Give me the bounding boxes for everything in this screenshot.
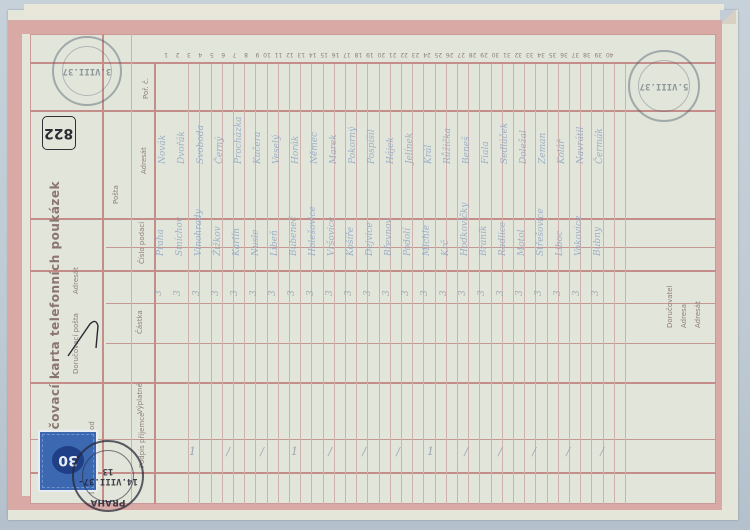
row-number: 35 — [549, 51, 557, 58]
rule-column — [625, 64, 626, 504]
rule-column — [278, 64, 279, 504]
fee-checkmark: / — [498, 445, 502, 458]
rule-column — [289, 64, 290, 504]
rule-column — [334, 64, 335, 504]
handwritten-addressee: Navrátil — [576, 127, 586, 164]
rule-column — [188, 64, 189, 504]
rule-column — [211, 64, 212, 504]
handwritten-addressee: Král — [424, 145, 434, 164]
handwritten-addressee: Horák — [291, 136, 301, 164]
paper-top-edge — [24, 4, 724, 16]
row-number: 32 — [515, 51, 523, 58]
handwritten-amount: 3 — [154, 290, 164, 296]
row-number: 2 — [176, 51, 180, 58]
row-number: 5 — [210, 51, 214, 58]
postmark-city: PRAHA — [74, 497, 142, 507]
handwritten-addressee: Kolář — [557, 140, 567, 164]
row-number: 21 — [389, 51, 397, 58]
handwritten-address: Bubny — [593, 227, 603, 256]
rule-column — [535, 64, 536, 504]
handwritten-amount: 3 — [249, 290, 259, 296]
handwritten-address: Vinohrady — [194, 209, 204, 256]
handwritten-address: Holešovice — [308, 206, 318, 256]
handwritten-amount: 3 — [268, 290, 278, 296]
handwritten-amount: 3 — [401, 290, 411, 296]
handwritten-addressee: Svoboda — [196, 125, 206, 164]
col-header-castka: Částka — [136, 310, 144, 334]
handwritten-address: Vokovice — [574, 216, 584, 256]
rule-column — [345, 64, 346, 504]
rule-left-block — [102, 34, 104, 504]
handwritten-amount: 3 — [382, 290, 392, 296]
rule-column — [255, 64, 256, 504]
row-number: 10 — [263, 51, 271, 58]
handwritten-addressee: Doležal — [519, 130, 529, 164]
fee-checkmark: / — [396, 445, 400, 458]
handwritten-address: Krč — [441, 240, 451, 256]
rule-column — [244, 64, 245, 504]
handwritten-addressee: Růžička — [443, 128, 453, 164]
field-label-adresat: Adresát — [72, 267, 80, 294]
handwritten-addressee: Fiala — [481, 141, 491, 164]
col-header-adresat: Adresát — [140, 147, 148, 174]
handwritten-addressee: Němec — [310, 132, 320, 164]
right-label-dorucovatel: Doručovatel — [666, 285, 674, 328]
rule-column — [491, 64, 492, 504]
handwritten-addressee: Marek — [329, 134, 339, 164]
row-number: 22 — [400, 51, 408, 58]
rule-column — [614, 64, 615, 504]
rule-column — [267, 64, 268, 504]
handwritten-address: Libeň — [270, 230, 280, 256]
fee-checkmark: / — [566, 445, 570, 458]
rule-column — [547, 64, 548, 504]
fee-checkmark: / — [600, 445, 604, 458]
handwritten-address: Břevnov — [384, 218, 394, 256]
handwritten-amount: 3 — [515, 290, 525, 296]
rule-col-label — [131, 34, 132, 504]
handwritten-address: Podolí — [403, 228, 413, 256]
rule-col-header — [154, 64, 156, 504]
handwritten-address: Košíře — [346, 227, 356, 256]
row-number: 33 — [526, 51, 534, 58]
row-number: 8 — [244, 51, 248, 58]
handwritten-amount: 3 — [477, 290, 487, 296]
handwritten-addressee: Sedláček — [500, 123, 510, 164]
right-label-adresa: Adresa — [680, 304, 688, 328]
handwritten-amount: 3 — [306, 290, 316, 296]
fee-checkmark: / — [532, 445, 536, 458]
row-number: 6 — [221, 51, 225, 58]
handwritten-addressee: Pospíšil — [367, 129, 377, 164]
handwritten-amount: 3 — [534, 290, 544, 296]
fee-checkmark: / — [464, 445, 468, 458]
rule-column — [435, 64, 436, 504]
postmark-date: 14.VIII.37-13 — [74, 466, 142, 486]
pen-mark — [66, 318, 102, 358]
handwritten-addressee: Hájek — [386, 137, 396, 164]
row-number: 36 — [560, 51, 568, 58]
handwritten-amount: 3 — [344, 290, 354, 296]
handwritten-address: Karlín — [232, 228, 242, 256]
handwritten-addressee: Černý — [215, 137, 225, 164]
row-number: 26 — [446, 51, 454, 58]
fee-checkmark: / — [362, 445, 366, 458]
handwritten-address: Bubeneč — [289, 216, 299, 256]
handwritten-amount: 3 — [553, 290, 563, 296]
handwritten-amount: 3 — [458, 290, 468, 296]
rule-column — [513, 64, 514, 504]
row-number: 11 — [275, 51, 283, 58]
handwritten-addressee: Beneš — [462, 136, 472, 164]
field-label-posta: Pošta — [112, 185, 120, 204]
handwritten-amount: 3 — [572, 290, 582, 296]
handwritten-amount: 3 — [591, 290, 601, 296]
handwritten-addressee: Dvořák — [177, 131, 187, 164]
rule-column — [558, 64, 559, 504]
right-label-adresat: Adresát — [694, 301, 702, 328]
row-number: 1 — [164, 51, 168, 58]
row-number: 38 — [583, 51, 591, 58]
row-number: 7 — [233, 51, 237, 58]
rule-column — [401, 64, 402, 504]
handwritten-address: Žižkov — [213, 226, 223, 256]
handwritten-addressee: Pokorný — [348, 127, 358, 164]
delivery-card-form: Doručovací karta telefonních poukázek Ad… — [30, 34, 716, 504]
handwritten-amount: 3 — [325, 290, 335, 296]
handwritten-address: Braník — [479, 226, 489, 256]
handwritten-address: Hodkovičky — [460, 203, 470, 256]
handwritten-amount: 3 — [363, 290, 373, 296]
row-number: 23 — [412, 51, 420, 58]
handwritten-addressee: Zeman — [538, 133, 548, 164]
row-number: 18 — [355, 51, 363, 58]
row-number: 37 — [572, 51, 580, 58]
postmark-date: 5.VIII.37 — [630, 81, 698, 91]
row-number: 17 — [343, 51, 351, 58]
fee-checkmark: / — [328, 445, 332, 458]
handwritten-amount: 3 — [211, 290, 221, 296]
col-header-vyplatne: Výplatné — [136, 383, 144, 414]
postmark-bottom-left: 14.VIII.37-13 PRAHA — [72, 440, 144, 512]
col-header-poradove: Poř. č. — [142, 78, 150, 99]
rule-column — [591, 64, 592, 504]
rule-column — [323, 64, 324, 504]
row-number: 29 — [480, 51, 488, 58]
rule-column — [412, 64, 413, 504]
row-number: 34 — [537, 51, 545, 58]
row-number: 40 — [606, 51, 614, 58]
handwritten-amount: 3 — [287, 290, 297, 296]
fee-checkmark: 1 — [189, 445, 196, 458]
row-number: 20 — [377, 51, 385, 58]
handwritten-address: Vršovice — [327, 217, 337, 256]
rule-column — [569, 64, 570, 504]
handwritten-addressee: Novák — [158, 135, 168, 164]
postmark-date: 3.VIII.37 — [54, 66, 120, 76]
postmark-top-right: 5.VIII.37 — [628, 50, 700, 122]
handwritten-addressee: Kučera — [253, 132, 263, 164]
handwritten-address: Liboc — [555, 231, 565, 256]
handwritten-amount: 3 — [496, 290, 506, 296]
col-header-cislo: Číslo podací — [138, 222, 146, 264]
rule-column — [468, 64, 469, 504]
row-number: 16 — [332, 51, 340, 58]
fee-checkmark: / — [260, 445, 264, 458]
rule-column — [390, 64, 391, 504]
row-number: 14 — [309, 51, 317, 58]
rule-column — [311, 64, 312, 504]
handwritten-addressee: Čermák — [595, 128, 605, 164]
handwritten-address: Smíchov — [175, 217, 185, 256]
row-number: 12 — [286, 51, 294, 58]
handwritten-address: Michle — [422, 225, 432, 256]
row-number: 9 — [256, 51, 260, 58]
handwritten-addressee: Jelínek — [405, 133, 415, 164]
rule-column — [479, 64, 480, 504]
row-number: 3 — [187, 51, 191, 58]
row-number: 25 — [435, 51, 443, 58]
handwritten-amount: 3 — [439, 290, 449, 296]
handwritten-address: Dejvice — [365, 222, 375, 256]
row-number: 15 — [320, 51, 328, 58]
postmark-top-left: 3.VIII.37 — [52, 36, 122, 106]
handwritten-address: Motol — [517, 229, 527, 256]
rule-column — [379, 64, 380, 504]
handwritten-address: Radlice — [498, 222, 508, 256]
row-number: 30 — [492, 51, 500, 58]
fee-checkmark: / — [226, 445, 230, 458]
row-number: 24 — [423, 51, 431, 58]
office-number-box: 822 — [42, 116, 76, 150]
row-number: 31 — [503, 51, 511, 58]
handwritten-addressee: Veselý — [272, 135, 282, 164]
handwritten-amount: 3 — [230, 290, 240, 296]
handwritten-amount: 3 — [192, 290, 202, 296]
rule-column — [300, 64, 301, 504]
row-number: 28 — [469, 51, 477, 58]
rule-column — [423, 64, 424, 504]
fee-checkmark: 1 — [427, 445, 434, 458]
corner-fold — [720, 10, 736, 24]
fee-checkmark: 1 — [291, 445, 298, 458]
rule-column — [222, 64, 223, 504]
rule-column — [457, 64, 458, 504]
row-number: 13 — [297, 51, 305, 58]
row-number: 27 — [457, 51, 465, 58]
handwritten-addressee: Procházka — [234, 116, 244, 164]
handwritten-address: Nusle — [251, 230, 261, 257]
handwritten-address: Praha — [156, 229, 166, 256]
row-number: 39 — [594, 51, 602, 58]
handwritten-amount: 3 — [420, 290, 430, 296]
handwritten-address: Střešovice — [536, 208, 546, 256]
row-number: 4 — [198, 51, 202, 58]
row-number: 19 — [366, 51, 374, 58]
handwritten-amount: 3 — [173, 290, 183, 296]
